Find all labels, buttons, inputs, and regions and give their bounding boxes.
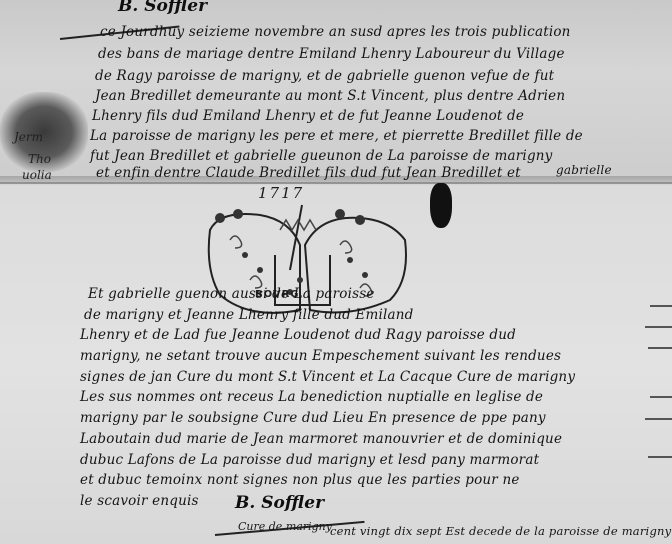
top-line-9: gabrielle	[556, 163, 612, 177]
bottom-line-7: marigny par le soubsigne Cure dud Lieu E…	[80, 410, 546, 426]
edge-mark	[650, 305, 672, 307]
top-line-2: des bans de mariage dentre Emiland Lhenr…	[98, 46, 565, 62]
bottom-line-1: Et gabrielle guenon aussi de La paroisse	[88, 286, 375, 302]
ink-mark	[430, 183, 452, 228]
bottom-line-9: dubuc Lafons de La paroisse dud marigny …	[80, 452, 539, 468]
edge-mark	[650, 396, 672, 398]
top-signature: B. Soffler	[118, 0, 207, 16]
margin-note-2: Tho	[28, 152, 51, 166]
top-line-5: Lhenry fils dud Emiland Lhenry et de fut…	[92, 108, 524, 124]
edge-mark	[645, 418, 672, 420]
margin-note-3: uolia	[22, 168, 52, 182]
edge-mark	[648, 347, 672, 349]
top-line-7: fut Jean Bredillet et gabrielle gueunon …	[90, 148, 553, 164]
margin-note-1: Jerm	[14, 130, 43, 144]
edge-mark	[645, 326, 672, 328]
bottom-line-5: signes de jan Cure du mont S.t Vincent e…	[80, 369, 575, 385]
bottom-signature: B. Soffler	[235, 493, 324, 513]
bottom-line-11: le scavoir enquis	[80, 493, 199, 509]
bottom-line-10: et dubuc temoinx nont signes non plus qu…	[80, 472, 520, 488]
bottom-line-8: Laboutain dud marie de Jean marmoret man…	[80, 431, 562, 447]
edge-mark	[648, 456, 672, 458]
top-line-8: et enfin dentre Claude Bredillet fils du…	[96, 165, 521, 181]
bottom-line-6: Les sus nommes ont receus La benediction…	[80, 389, 543, 405]
top-line-1: ce Jourdhuy seizieme novembre an susd ap…	[100, 24, 571, 40]
signature-subtitle: Cure de marigny	[238, 520, 332, 533]
bottom-line-3: Lhenry et de Lad fue Jeanne Loudenot dud…	[80, 327, 516, 343]
register-scan: B. Soffler ce Jourdhuy seizieme novembre…	[0, 0, 672, 544]
bottom-line-2: de marigny et Jeanne Lhenry fille dud Em…	[84, 307, 414, 323]
top-line-6: La paroisse de marigny les pere et mere,…	[90, 128, 583, 144]
trailing-fragment: cent vingt dix sept Est decede de la par…	[330, 524, 671, 538]
top-line-3: de Ragy paroisse de marigny, et de gabri…	[95, 68, 554, 84]
bottom-line-4: marigny, ne setant trouve aucun Empesche…	[80, 348, 561, 364]
top-line-4: Jean Bredillet demeurante au mont S.t Vi…	[95, 88, 565, 104]
